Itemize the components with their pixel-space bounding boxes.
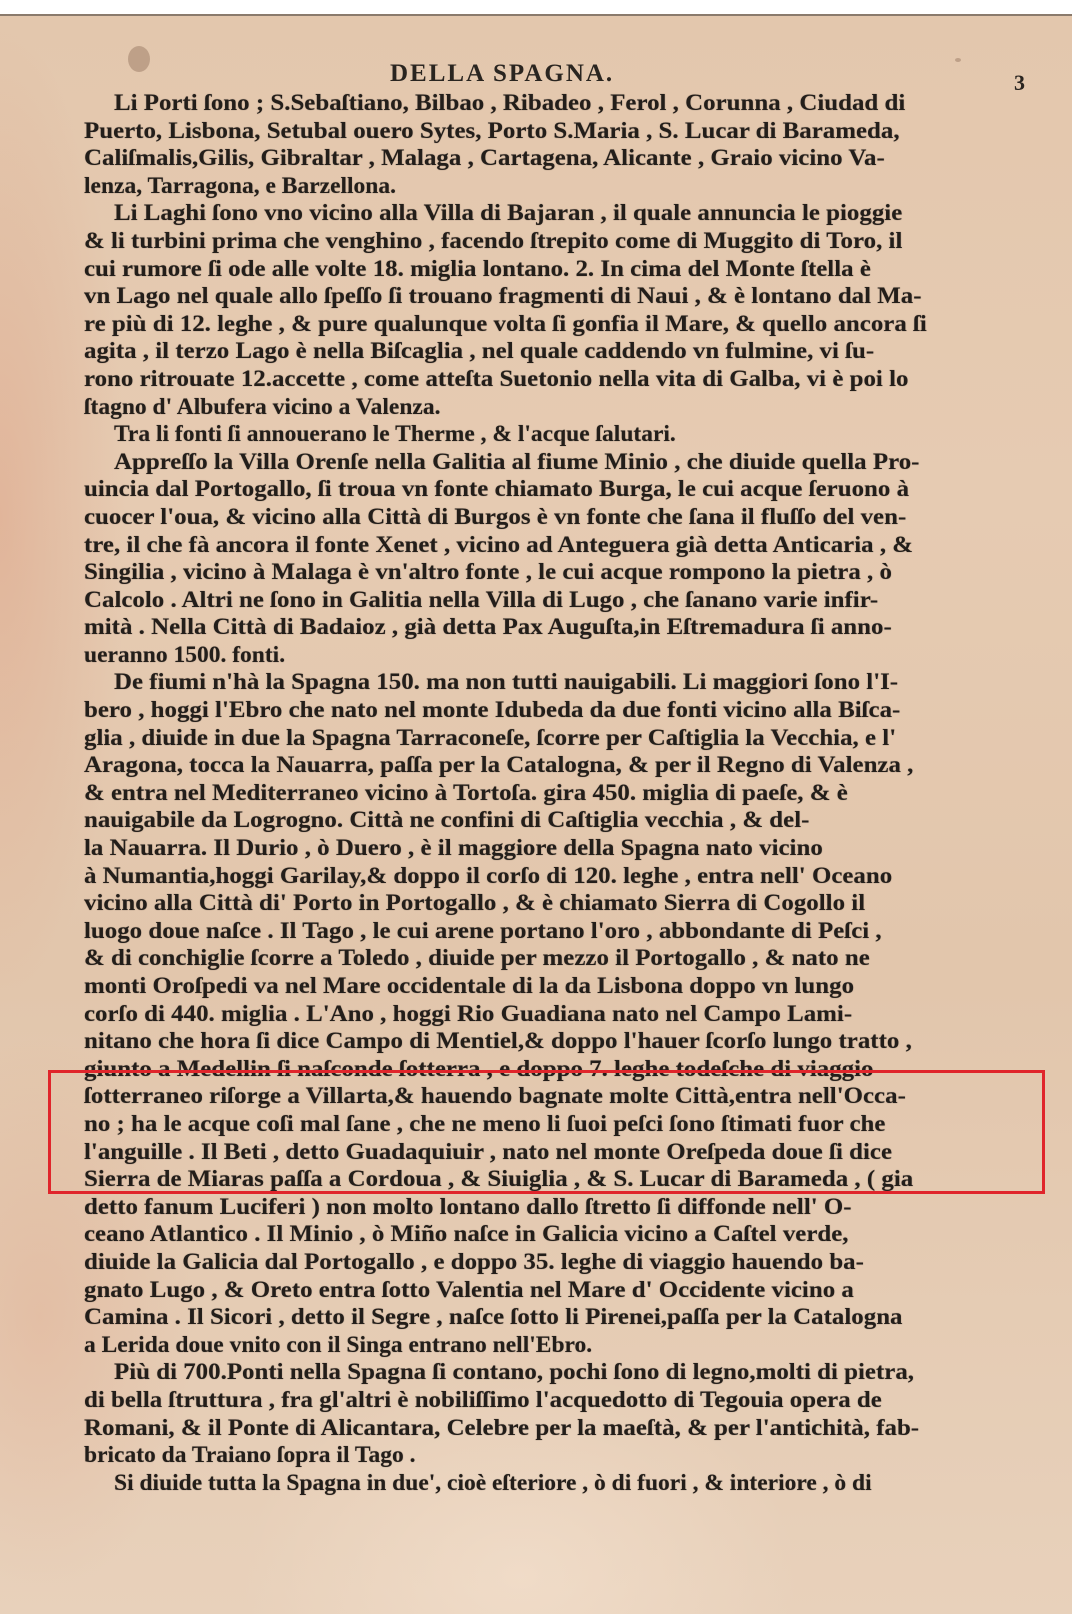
text-line: detto fanum Luciferi ) non molto lontano…	[84, 1194, 1046, 1222]
text-line: ſtagno d' Albufera vicino a Valenza.	[84, 394, 1046, 422]
text-line: di bella ſtruttura , fra gl'altri è nobi…	[84, 1387, 1046, 1415]
text-line: ceano Atlantico . Il Minio , ò Miño naſc…	[84, 1221, 1046, 1249]
text-line: monti Oroſpedi va nel Mare occidentale d…	[84, 973, 1046, 1001]
text-line: Si diuide tutta la Spagna in due', cioè …	[84, 1470, 1046, 1498]
text-line: Camina . Il Sicori , detto il Segre , na…	[84, 1304, 1046, 1332]
text-line: & di conchiglie ſcorre a Toledo , diuide…	[84, 945, 1046, 973]
text-line: re più di 12. leghe , & pure qualunque v…	[84, 311, 1046, 339]
text-line: diuide la Galicia dal Portogallo , e dop…	[84, 1249, 1046, 1277]
text-line: a Lerida doue vnito con il Singa entrano…	[84, 1332, 1046, 1360]
text-line: Singilia , vicino à Malaga è vn'altro fo…	[84, 559, 1046, 587]
text-line: cuocer l'oua, & vicino alla Città di Bur…	[84, 504, 1046, 532]
text-line: Appreſſo la Villa Orenſe nella Galitia a…	[84, 449, 1046, 477]
text-line: nitano che hora ſi dice Campo di Mentiel…	[84, 1028, 1046, 1056]
text-line: vn Lago nel quale allo ſpeſſo ſi trouano…	[84, 283, 1046, 311]
text-line: De fiumi n'hà la Spagna 150. ma non tutt…	[84, 669, 1046, 697]
body-text: Li Porti ſono ; S.Sebaſtiano, Bilbao , R…	[84, 90, 1046, 1497]
paragraph: Si diuide tutta la Spagna in due', cioè …	[84, 1470, 1046, 1498]
text-line: Più di 700.Ponti nella Spagna ſi contano…	[84, 1359, 1046, 1387]
paragraph: Appreſſo la Villa Orenſe nella Galitia a…	[84, 449, 1046, 670]
text-line: Romani, & il Ponte di Alicantara, Celebr…	[84, 1415, 1046, 1443]
text-line: cui rumore ſi ode alle volte 18. miglia …	[84, 256, 1046, 284]
text-line: mità . Nella Città di Badaioz , già dett…	[84, 614, 1046, 642]
highlight-box	[48, 1070, 1045, 1194]
text-line: vicino alla Città di' Porto in Portogall…	[84, 890, 1046, 918]
text-line: & entra nel Mediterraneo vicino à Tortoſ…	[84, 780, 1046, 808]
text-line: tre, il che fà ancora il fonte Xenet , v…	[84, 532, 1046, 560]
text-line: agita , il terzo Lago è nella Biſcaglia …	[84, 338, 1046, 366]
running-title: DELLA SPAGNA.	[390, 60, 614, 88]
text-line: Calcolo . Altri ne ſono in Galitia nella…	[84, 587, 1046, 615]
text-line: la Nauarra. Il Durio , ò Duero , è il ma…	[84, 835, 1046, 863]
text-line: bricato da Traiano ſopra il Tago .	[84, 1442, 1046, 1470]
text-line: Li Porti ſono ; S.Sebaſtiano, Bilbao , R…	[84, 90, 1046, 118]
text-line: Puerto, Lisbona, Setubal ouero Sytes, Po…	[84, 118, 1046, 146]
page-header: DELLA SPAGNA. 3	[0, 52, 1072, 92]
paragraph: Tra li fonti ſi annouerano le Therme , &…	[84, 421, 1046, 449]
text-line: & li turbini prima che venghino , facend…	[84, 228, 1046, 256]
text-line: Caliſmalis,Gilis, Gibraltar , Malaga , C…	[84, 145, 1046, 173]
text-line: Li Laghi ſono vno vicino alla Villa di B…	[84, 200, 1046, 228]
paragraph: Più di 700.Ponti nella Spagna ſi contano…	[84, 1359, 1046, 1469]
text-line: gnato Lugo , & Oreto entra ſotto Valenti…	[84, 1277, 1046, 1305]
text-line: Aragona, tocca la Nauarra, paſſa per la …	[84, 752, 1046, 780]
text-line: à Numantia,hoggi Garilay,& doppo il corſ…	[84, 863, 1046, 891]
text-line: uincia dal Portogallo, ſi troua vn fonte…	[84, 476, 1046, 504]
text-line: bero , hoggi l'Ebro che nato nel monte I…	[84, 697, 1046, 725]
text-line: glia , diuide in due la Spagna Tarracone…	[84, 725, 1046, 753]
paragraph: De fiumi n'hà la Spagna 150. ma non tutt…	[84, 669, 1046, 1359]
paragraph: Li Laghi ſono vno vicino alla Villa di B…	[84, 200, 1046, 421]
text-line: corſo di 440. miglia . L'Ano , hoggi Rio…	[84, 1001, 1046, 1029]
text-line: ueranno 1500. fonti.	[84, 642, 1046, 670]
text-line: Tra li fonti ſi annouerano le Therme , &…	[84, 421, 1046, 449]
book-page: DELLA SPAGNA. 3 Li Porti ſono ; S.Sebaſt…	[0, 14, 1072, 1614]
text-line: lenza, Tarragona, e Barzellona.	[84, 173, 1046, 201]
paragraph: Li Porti ſono ; S.Sebaſtiano, Bilbao , R…	[84, 90, 1046, 200]
text-line: luogo doue naſce . Il Tago , le cui aren…	[84, 918, 1046, 946]
text-line: nauigabile da Logrogno. Città ne confini…	[84, 807, 1046, 835]
text-line: rono ritrouate 12.accette , come atteſta…	[84, 366, 1046, 394]
